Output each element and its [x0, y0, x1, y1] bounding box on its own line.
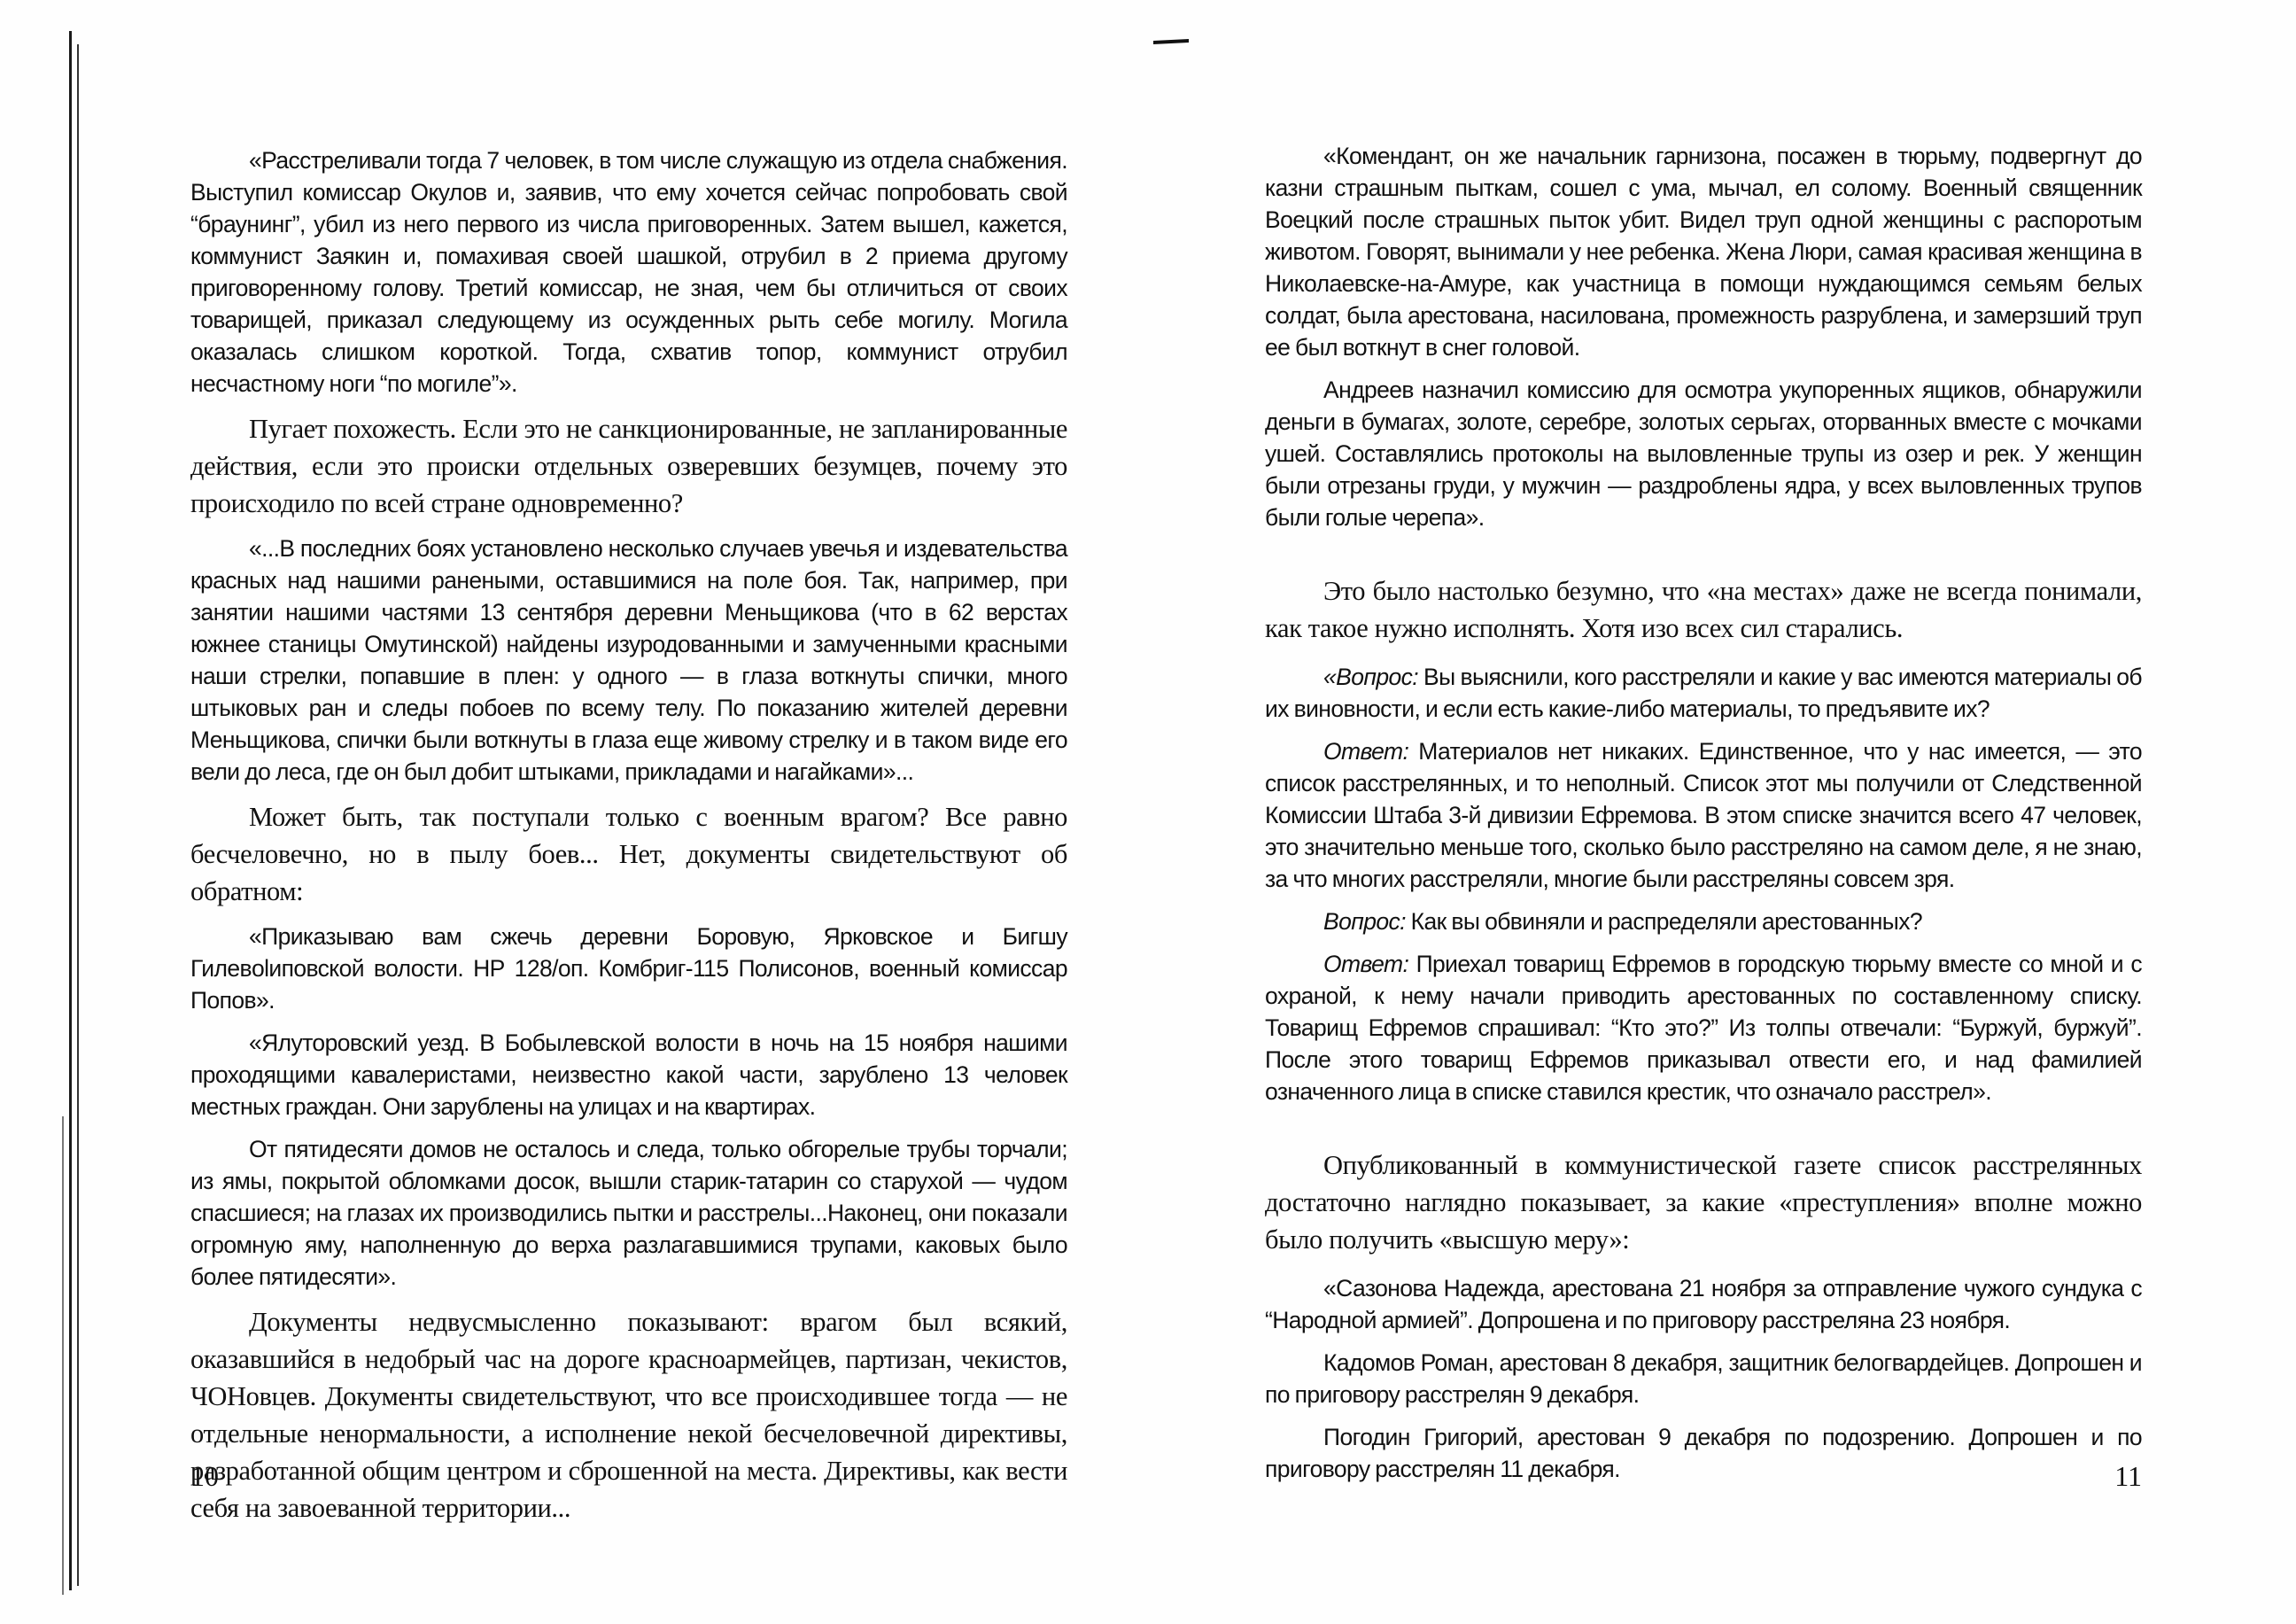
quote-paragraph: «Ялуторовский уезд. В Бобылевской волост…: [190, 1027, 1067, 1123]
right-page: «Комендант, он же начальник гарнизона, п…: [1265, 0, 2142, 1624]
list-entry: Кадомов Роман, арестован 8 декабря, защи…: [1265, 1347, 2142, 1410]
left-page: «Расстреливали тогда 7 человек, в том чи…: [190, 0, 1067, 1624]
page-number: 11: [2114, 1460, 2142, 1493]
answer-label: Ответ:: [1323, 951, 1408, 977]
scan-mark-dash: [1153, 39, 1189, 44]
body-paragraph: Пугает похожесть. Если это не санкционир…: [190, 410, 1067, 522]
left-page-text: «Расстреливали тогда 7 человек, в том чи…: [190, 144, 1067, 1527]
quote-paragraph: От пятидесяти домов не осталось и следа,…: [190, 1133, 1067, 1293]
book-spread: «Расстреливали тогда 7 человек, в том чи…: [0, 0, 2296, 1624]
interrogation-answer: Ответ: Приехал товарищ Ефремов в городск…: [1265, 948, 2142, 1107]
binding-edge-line: [77, 44, 79, 1586]
binding-edge-line: [62, 1116, 64, 1595]
quote-paragraph: «Комендант, он же начальник гарнизона, п…: [1265, 140, 2142, 363]
question-label: Вопрос:: [1323, 908, 1406, 935]
interrogation-question: Вопрос: Как вы обвиняли и распределяли а…: [1265, 905, 2142, 937]
interrogation-answer: Ответ: Материалов нет никаких. Единствен…: [1265, 735, 2142, 895]
body-paragraph: Опубликованный в коммунистической газете…: [1265, 1146, 2142, 1258]
list-entry: Погодин Григорий, арестован 9 декабря по…: [1265, 1421, 2142, 1485]
page-number: 10: [190, 1460, 219, 1493]
question-text: Как вы обвиняли и распределяли арестован…: [1406, 908, 1922, 935]
question-label: «Вопрос:: [1323, 664, 1418, 690]
quote-paragraph: «Приказываю вам сжечь деревни Боровую, Я…: [190, 921, 1067, 1016]
quote-paragraph: Андреев назначил комиссию для осмотра ук…: [1265, 374, 2142, 533]
body-paragraph: Может быть, так поступали только с военн…: [190, 798, 1067, 910]
body-paragraph: Документы недвусмысленно показывают: вра…: [190, 1303, 1067, 1527]
quote-paragraph: «...В последних боях установлено несколь…: [190, 532, 1067, 788]
right-page-text: «Комендант, он же начальник гарнизона, п…: [1265, 140, 2142, 1485]
interrogation-question: «Вопрос: Вы выяснили, кого расстреляли и…: [1265, 661, 2142, 725]
body-paragraph: Это было настолько безумно, что «на мест…: [1265, 572, 2142, 647]
answer-label: Ответ:: [1323, 738, 1408, 765]
quote-paragraph: «Расстреливали тогда 7 человек, в том чи…: [190, 144, 1067, 400]
binding-edge-line: [69, 31, 72, 1590]
list-entry: «Сазонова Надежда, арестована 21 ноября …: [1265, 1272, 2142, 1336]
